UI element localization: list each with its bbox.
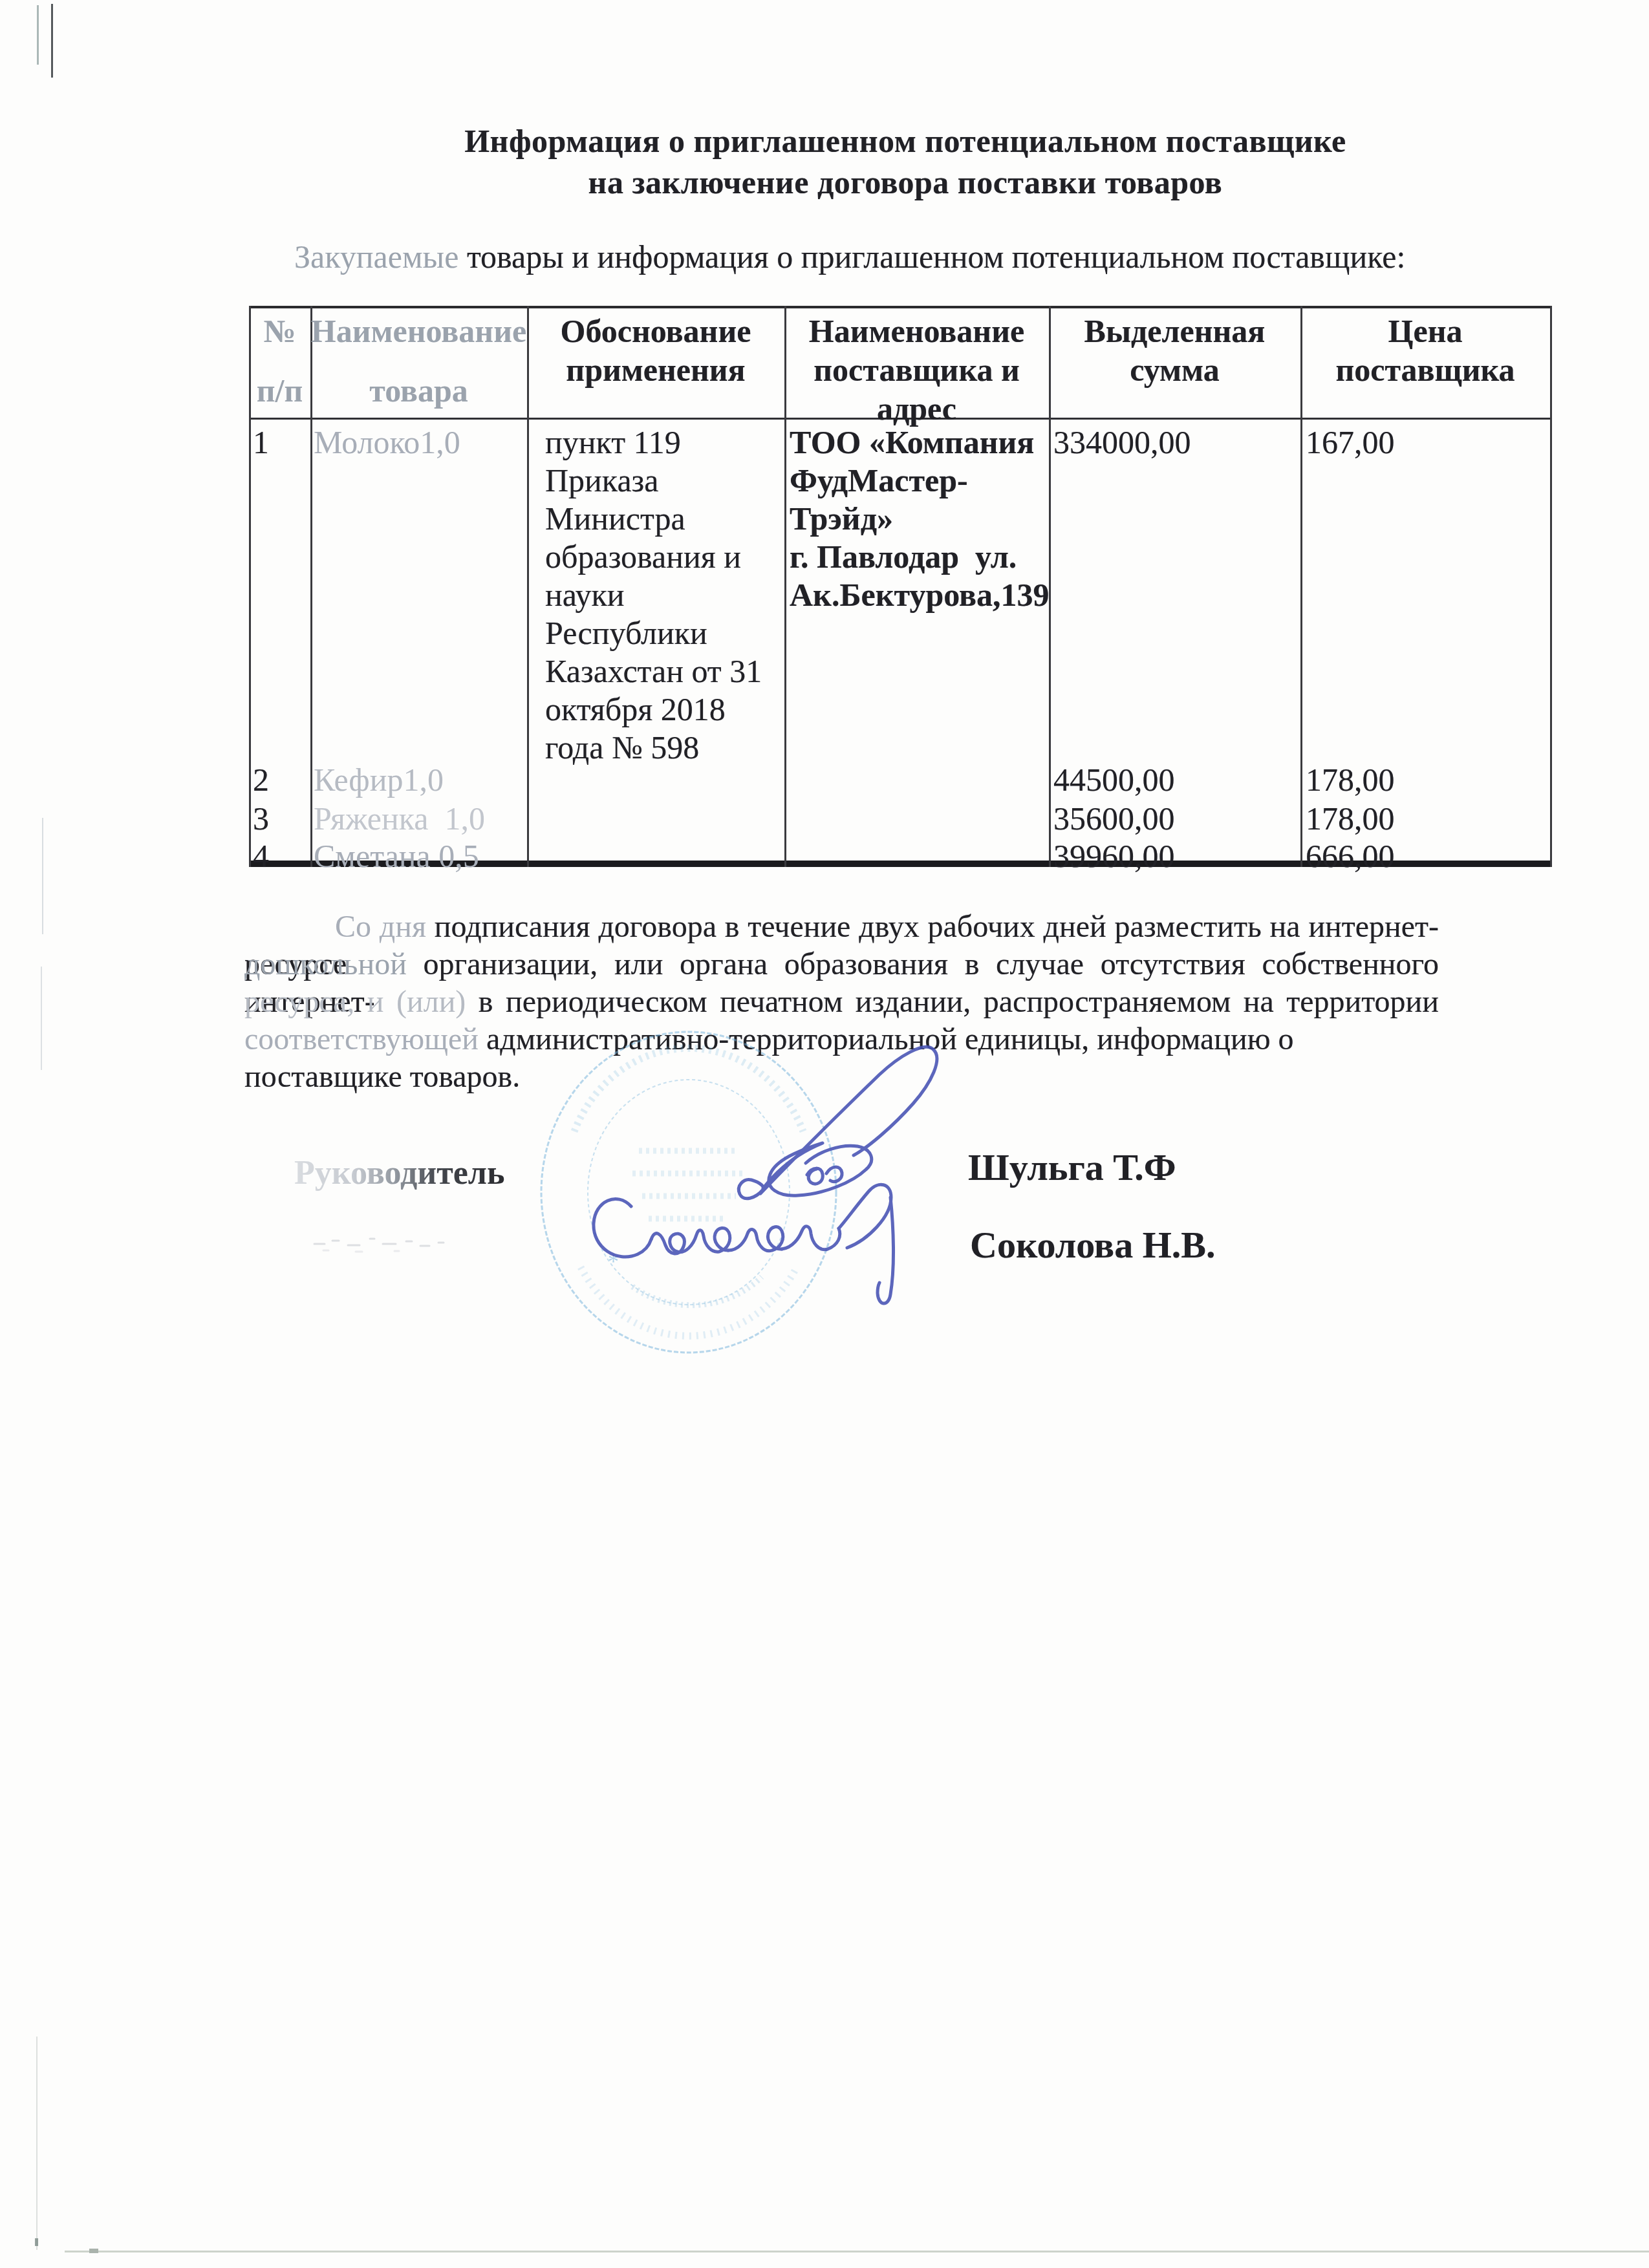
scan-artifact-dot: [35, 2238, 38, 2246]
table-top-border: [249, 306, 1552, 308]
cell-justification-line: Республики: [545, 614, 707, 652]
intro-rest: товары и информация о приглашенном потен…: [458, 239, 1405, 275]
table-border-right: [1550, 306, 1552, 867]
signature-stroke-signer2: [594, 1184, 894, 1303]
cell-row-number: 2: [253, 761, 269, 799]
cell-justification-line: образования и: [545, 538, 741, 576]
cell-row-number: 3: [253, 800, 269, 838]
cell-justification-line: пункт 119: [545, 423, 681, 462]
cell-amount: 39960,00: [1053, 837, 1175, 875]
scanned-document-page: Информация о приглашенном потенциальном …: [0, 0, 1649, 2268]
cell-supplier-line: Трэйд»: [790, 500, 893, 538]
cell-supplier-line: Ак.Бектурова,139: [790, 576, 1049, 614]
column-header-amount: сумма: [1049, 351, 1300, 389]
signer2-name: Соколова Н.В.: [970, 1223, 1216, 1267]
paragraph-faded-words: ресурса, и (или): [244, 985, 466, 1019]
column-header-amount: Выделенная: [1049, 312, 1300, 350]
cell-row-number: 4: [253, 837, 269, 875]
cell-product: Ряженка 1,0: [314, 800, 485, 838]
cell-product: Молоко1,0: [314, 423, 460, 462]
cell-justification-line: науки: [545, 576, 624, 614]
cell-supplier-line: ТОО «Компания: [790, 423, 1034, 462]
signer1-name: Шульга Т.Ф: [968, 1146, 1176, 1189]
signature-stroke-signer1: [738, 1047, 936, 1198]
column-header-num: п/п: [249, 372, 310, 409]
paragraph-faded-words: Со дня: [335, 910, 426, 944]
cell-price: 167,00: [1306, 423, 1395, 462]
cell-justification-line: Казахстан от 31: [545, 652, 762, 690]
cell-row-number: 1: [253, 423, 269, 462]
column-header-product: товара: [310, 372, 527, 409]
scan-artifact-vertical-streak: [36, 2037, 38, 2250]
goods-table: № п/п Наименование товара Обоснование пр…: [249, 306, 1552, 867]
scan-artifact-vertical-line: [37, 5, 39, 65]
col-line-2: [527, 306, 529, 867]
cell-price: 178,00: [1306, 761, 1395, 799]
cell-product: Сметана 0,5: [314, 837, 479, 875]
column-header-justification: применения: [527, 351, 784, 389]
role-label: Руководитель: [294, 1154, 505, 1192]
scan-artifact-vertical-streak: [42, 818, 43, 934]
title-line-2: на заключение договора поставки товаров: [194, 162, 1617, 203]
handwritten-signatures: [569, 1015, 996, 1325]
intro-sentence: Закупаемые товары и информация о приглаш…: [294, 238, 1405, 276]
column-header-price: поставщика: [1300, 351, 1550, 389]
paragraph-faded-words: соответствующей: [244, 1022, 479, 1056]
column-header-num: №: [249, 312, 310, 350]
column-header-supplier: поставщика и: [784, 351, 1049, 389]
cell-price: 666,00: [1306, 837, 1395, 875]
cell-justification-line: Министра: [545, 500, 685, 538]
cell-justification-line: года № 598: [545, 729, 699, 767]
column-header-product: Наименование: [310, 312, 527, 350]
cell-amount: 35600,00: [1053, 800, 1175, 838]
cell-supplier-line: г. Павлодар ул.: [790, 538, 1017, 576]
cell-justification-line: Приказа: [545, 462, 659, 500]
title-line-1: Информация о приглашенном потенциальном …: [194, 120, 1617, 162]
paragraph-text: в периодическом печатном издании, распро…: [466, 985, 1439, 1019]
cell-product: Кефир1,0: [314, 761, 444, 799]
scan-artifact-vertical-line: [51, 4, 53, 78]
cell-supplier-line: ФудМастер-: [790, 462, 968, 500]
cell-amount: 44500,00: [1053, 761, 1175, 799]
cell-price: 178,00: [1306, 800, 1395, 838]
column-header-supplier: Наименование: [784, 312, 1049, 350]
scan-artifact-bottom-line: [65, 2251, 1649, 2252]
intro-faded-word: Закупаемые: [294, 239, 458, 275]
col-line-5: [1300, 306, 1302, 867]
illegible-faded-label: [310, 1227, 459, 1257]
column-header-supplier: адрес: [784, 390, 1049, 427]
scan-artifact-dot: [89, 2249, 98, 2253]
cell-justification-line: октября 2018: [545, 690, 726, 729]
cell-amount: 334000,00: [1053, 423, 1191, 462]
scan-artifact-vertical-streak: [41, 967, 42, 1070]
paragraph-faded-words: дошкольной: [244, 947, 407, 981]
document-title: Информация о приглашенном потенциальном …: [194, 120, 1617, 203]
column-header-price: Цена: [1300, 312, 1550, 350]
column-header-justification: Обоснование: [527, 312, 784, 350]
